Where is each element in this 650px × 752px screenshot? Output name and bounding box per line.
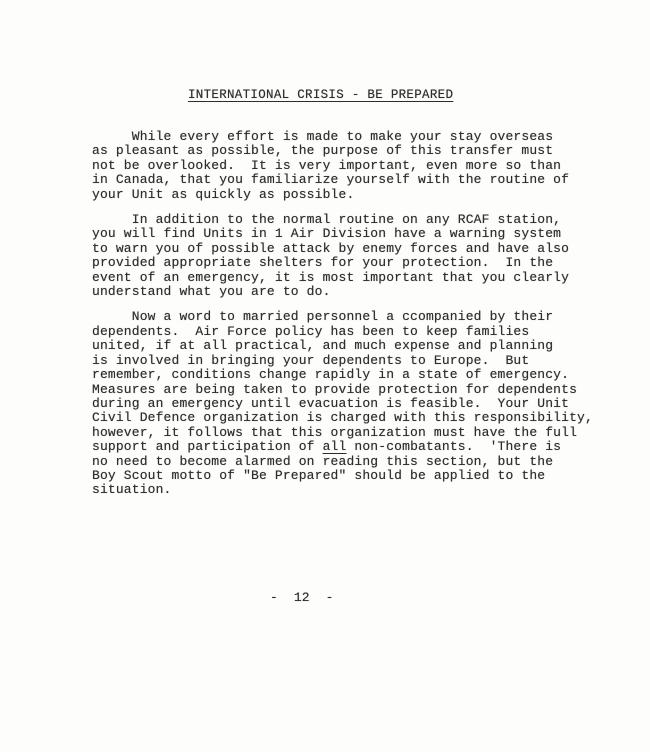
- text-line: remember, conditions change rapidly in a…: [92, 368, 578, 382]
- text-line: in Canada, that you familiarize yourself…: [92, 173, 578, 187]
- text-line: While every effort is made to make your …: [92, 130, 578, 144]
- text-line: as pleasant as possible, the purpose of …: [92, 144, 578, 158]
- text-line: your Unit as quickly as possible.: [92, 188, 578, 202]
- text-line: during an emergency until evacuation is …: [92, 397, 578, 411]
- text-line: Boy Scout motto of "Be Prepared" should …: [92, 469, 578, 483]
- text-line: Measures are being taken to provide prot…: [92, 383, 578, 397]
- text-line: situation.: [92, 483, 578, 497]
- text-line: dependents. Air Force policy has been to…: [92, 325, 578, 339]
- document-body: While every effort is made to make your …: [92, 130, 578, 498]
- text-line: not be overlooked. It is very important,…: [92, 159, 578, 173]
- text-line: you will find Units in 1 Air Division ha…: [92, 227, 578, 241]
- document-title: INTERNATIONAL CRISIS - BE PREPARED: [188, 88, 453, 102]
- text-line: Civil Defence organization is charged wi…: [92, 411, 578, 425]
- text-line: to warn you of possible attack by enemy …: [92, 242, 578, 256]
- text-line: Now a word to married personnel a ccompa…: [92, 310, 578, 324]
- text-line: understand what you are to do.: [92, 285, 578, 299]
- text-segment: non-combatants. 'There is: [346, 439, 561, 454]
- text-line: however, it follows that this organizati…: [92, 426, 578, 440]
- text-line: event of an emergency, it is most import…: [92, 271, 578, 285]
- text-segment: support and participation of: [92, 439, 323, 454]
- underlined-word: all: [323, 439, 347, 454]
- text-line-with-underline: support and participation of all non-com…: [92, 440, 578, 454]
- text-line: is involved in bringing your dependents …: [92, 354, 578, 368]
- text-line: provided appropriate shelters for your p…: [92, 256, 578, 270]
- paragraph-1: While every effort is made to make your …: [92, 130, 578, 202]
- text-line: In addition to the normal routine on any…: [92, 213, 578, 227]
- paragraph-3: Now a word to married personnel a ccompa…: [92, 310, 578, 497]
- paragraph-2: In addition to the normal routine on any…: [92, 213, 578, 299]
- text-line: united, if at all practical, and much ex…: [92, 339, 578, 353]
- page-number: - 12 -: [270, 590, 334, 605]
- scanned-document-page: INTERNATIONAL CRISIS - BE PREPARED While…: [0, 0, 650, 752]
- text-line: no need to become alarmed on reading thi…: [92, 455, 578, 469]
